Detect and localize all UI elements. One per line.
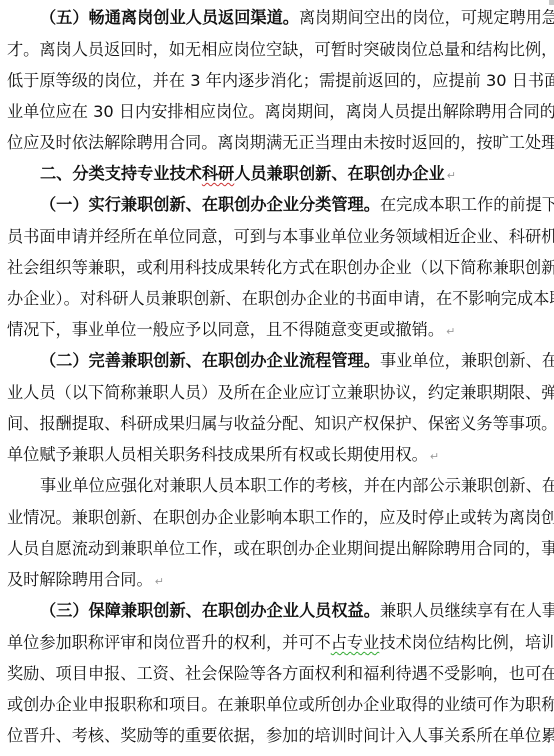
paragraph-1-line-1: （一）实行兼职创新、在职创办企业分类管理。在完成本职工作的前提下，科研人 xyxy=(40,193,548,217)
paragraph-heading: （二）完善兼职创新、在职创办企业流程管理。 xyxy=(40,351,380,370)
paragraph-3-line-4: 或创办企业申报职称和项目。在兼职单位或所创办企业取得的业绩可作为职称评审、岗 xyxy=(7,693,548,717)
paragraph-2-line-2: 业人员（以下简称兼职人员）及所在企业应订立兼职协议，约定兼职期限、弹性工作时 xyxy=(7,381,548,405)
document-page: （五）畅通离岗创业人员返回渠道。离岗期间空出的岗位，可规定聘用急需紧缺人 才。离… xyxy=(0,0,554,756)
paragraph-5-line-1: （五）畅通离岗创业人员返回渠道。离岗期间空出的岗位，可规定聘用急需紧缺人 xyxy=(40,6,548,30)
paragraph-3-line-2: 单位参加职称评审和岗位晋升的权利，并可不占专业技术岗位结构比例，培训、考核、 xyxy=(7,631,548,655)
paragraph-1-line-5: 情况下，事业单位一般应予以同意，且不得随意变更或撤销。↵ xyxy=(7,318,548,342)
paragraph-5-line-4: 业单位应在 30 日内安排相应岗位。离岗期间，离岗人员提出解除聘用合同的，原事业… xyxy=(7,100,548,124)
paragraph-heading: （一）实行兼职创新、在职创办企业分类管理。 xyxy=(40,195,380,214)
paragraph-3-line-1: （三）保障兼职创新、在职创办企业人员权益。兼职人员继续享有在人事关系所在 xyxy=(40,599,548,623)
scroll-corner xyxy=(549,0,554,5)
paragraph-mark-icon: ↵ xyxy=(446,325,455,338)
paragraph-2-line-1: （二）完善兼职创新、在职创办企业流程管理。事业单位，兼职创新、在职创办企 xyxy=(40,349,548,373)
paragraph-2b-line-3: 人员自愿流动到兼职单位工作，或在职创办企业期间提出解除聘用合同的，事业单位应 xyxy=(7,537,548,561)
paragraph-2b-line-1: 事业单位应强化对兼职人员本职工作的考核，并在内部公示兼职创新、在职创办企 xyxy=(40,474,548,498)
paragraph-1-line-4: 办企业）。对科研人员兼职创新、在职创办企业的书面申请，在不影响完成本职工作的 xyxy=(7,287,548,311)
paragraph-2-line-3: 间、报酬提取、科研成果归属与收益分配、知识产权保护、保密义务等事项。鼓励事业 xyxy=(7,412,548,436)
paragraph-mark-icon: ↵ xyxy=(447,169,456,182)
paragraph-2-line-4: 单位赋予兼职人员相关职务科技成果所有权或长期使用权。↵ xyxy=(7,443,548,467)
paragraph-1-line-3: 社会组织等兼职，或利用科技成果转化方式在职创办企业（以下简称兼职创新、在职创 xyxy=(7,256,548,280)
paragraph-heading: （五）畅通离岗创业人员返回渠道。 xyxy=(40,8,299,27)
spellcheck-underline: 科研 xyxy=(202,164,234,183)
paragraph-2b-line-4: 及时解除聘用合同。↵ xyxy=(7,568,548,592)
paragraph-3-line-3: 奖励、项目申报、工资、社会保险等各方面权利和福利待遇不受影响，也可在兼职单位 xyxy=(7,662,548,686)
paragraph-mark-icon: ↵ xyxy=(430,450,439,463)
grammar-underline: 占专业 xyxy=(331,633,380,652)
paragraph-heading: （三）保障兼职创新、在职创办企业人员权益。 xyxy=(40,601,380,620)
paragraph-2b-line-2: 业情况。兼职创新、在职创办企业影响本职工作的，应及时停止或转为离岗创业。兼职 xyxy=(7,506,548,530)
paragraph-3-line-5: 位晋升、考核、奖励等的重要依据，参加的培训时间计入人事关系所在单位累计培训时 xyxy=(7,724,548,748)
paragraph-mark-icon: ↵ xyxy=(155,575,164,588)
paragraph-5-line-3: 低于原等级的岗位，并在 3 年内逐步消化；需提前返回的，应提前 30 日书面报告… xyxy=(7,69,548,93)
paragraph-5-line-2: 才。离岗人员返回时，如无相应岗位空缺，可暂时突破岗位总量和结构比例，聘用至不 xyxy=(7,38,548,62)
paragraph-1-line-2: 员书面申请并经所在单位同意，可到与本事业单位业务领域相近企业、科研机构、高校、 xyxy=(7,225,548,249)
paragraph-5-line-5: 位应及时依法解除聘用合同。离岗期满无正当理由未按时返回的，按旷工处理。↵ xyxy=(7,131,548,155)
section-heading-2: 二、分类支持专业技术科研人员兼职创新、在职创办企业↵ xyxy=(40,162,548,186)
